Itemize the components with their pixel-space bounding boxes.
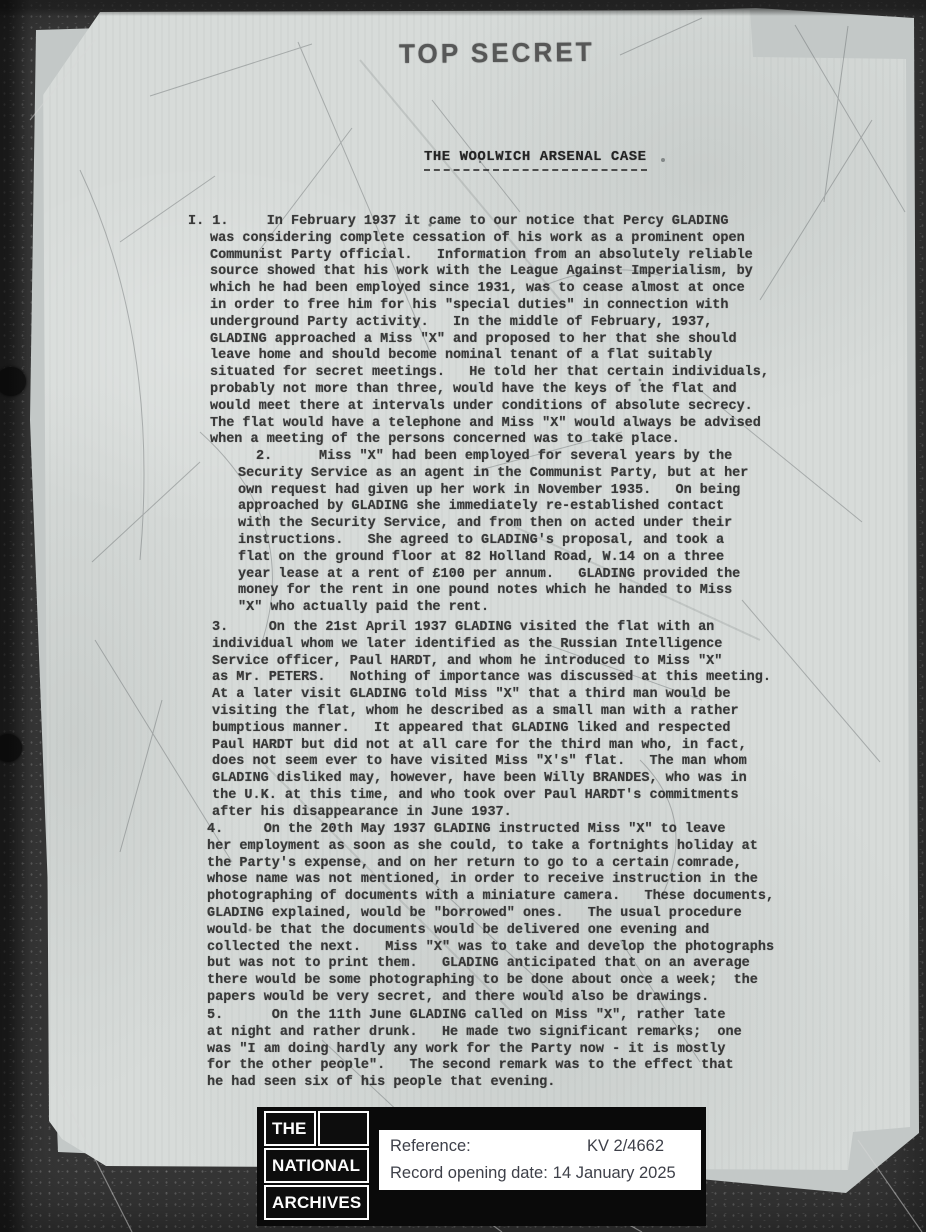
scanned-document-page: TOP SECRET THE WOOLWICH ARSENAL CASE I. … xyxy=(0,0,926,1232)
logo-cell-empty xyxy=(318,1111,369,1146)
reference-label: Reference: xyxy=(390,1133,471,1160)
record-opening-label: Record opening date: xyxy=(390,1160,548,1187)
record-info-box: Reference: KV 2/4662 Record opening date… xyxy=(379,1130,701,1190)
document-paragraph: On the 20th May 1937 GLADING instructed … xyxy=(207,822,774,1007)
record-opening-value: 14 January 2025 xyxy=(553,1160,676,1187)
punch-hole xyxy=(0,367,26,396)
reference-row: Reference: KV 2/4662 xyxy=(390,1133,701,1160)
document-paragraph: On the 21st April 1937 GLADING visited t… xyxy=(212,620,771,822)
reference-value: KV 2/4662 xyxy=(587,1133,664,1160)
document-paragraph: On the 11th June GLADING called on Miss … xyxy=(207,1008,742,1092)
logo-cell-the: THE xyxy=(264,1111,316,1146)
national-archives-overlay: THE NATIONAL ARCHIVES Reference: KV 2/46… xyxy=(257,1107,706,1226)
logo-cell-archives: ARCHIVES xyxy=(264,1185,369,1220)
document-paragraph: In February 1937 it came to our notice t… xyxy=(210,214,769,449)
top-secret-stamp: TOP SECRET xyxy=(399,39,595,68)
record-opening-row: Record opening date: 14 January 2025 xyxy=(390,1160,701,1187)
document-paragraph: Miss "X" had been employed for several y… xyxy=(238,449,748,617)
national-archives-logo: THE NATIONAL ARCHIVES xyxy=(264,1111,369,1220)
logo-cell-national: NATIONAL xyxy=(264,1148,369,1183)
document-title: THE WOOLWICH ARSENAL CASE xyxy=(424,149,647,171)
punch-hole xyxy=(0,734,22,762)
